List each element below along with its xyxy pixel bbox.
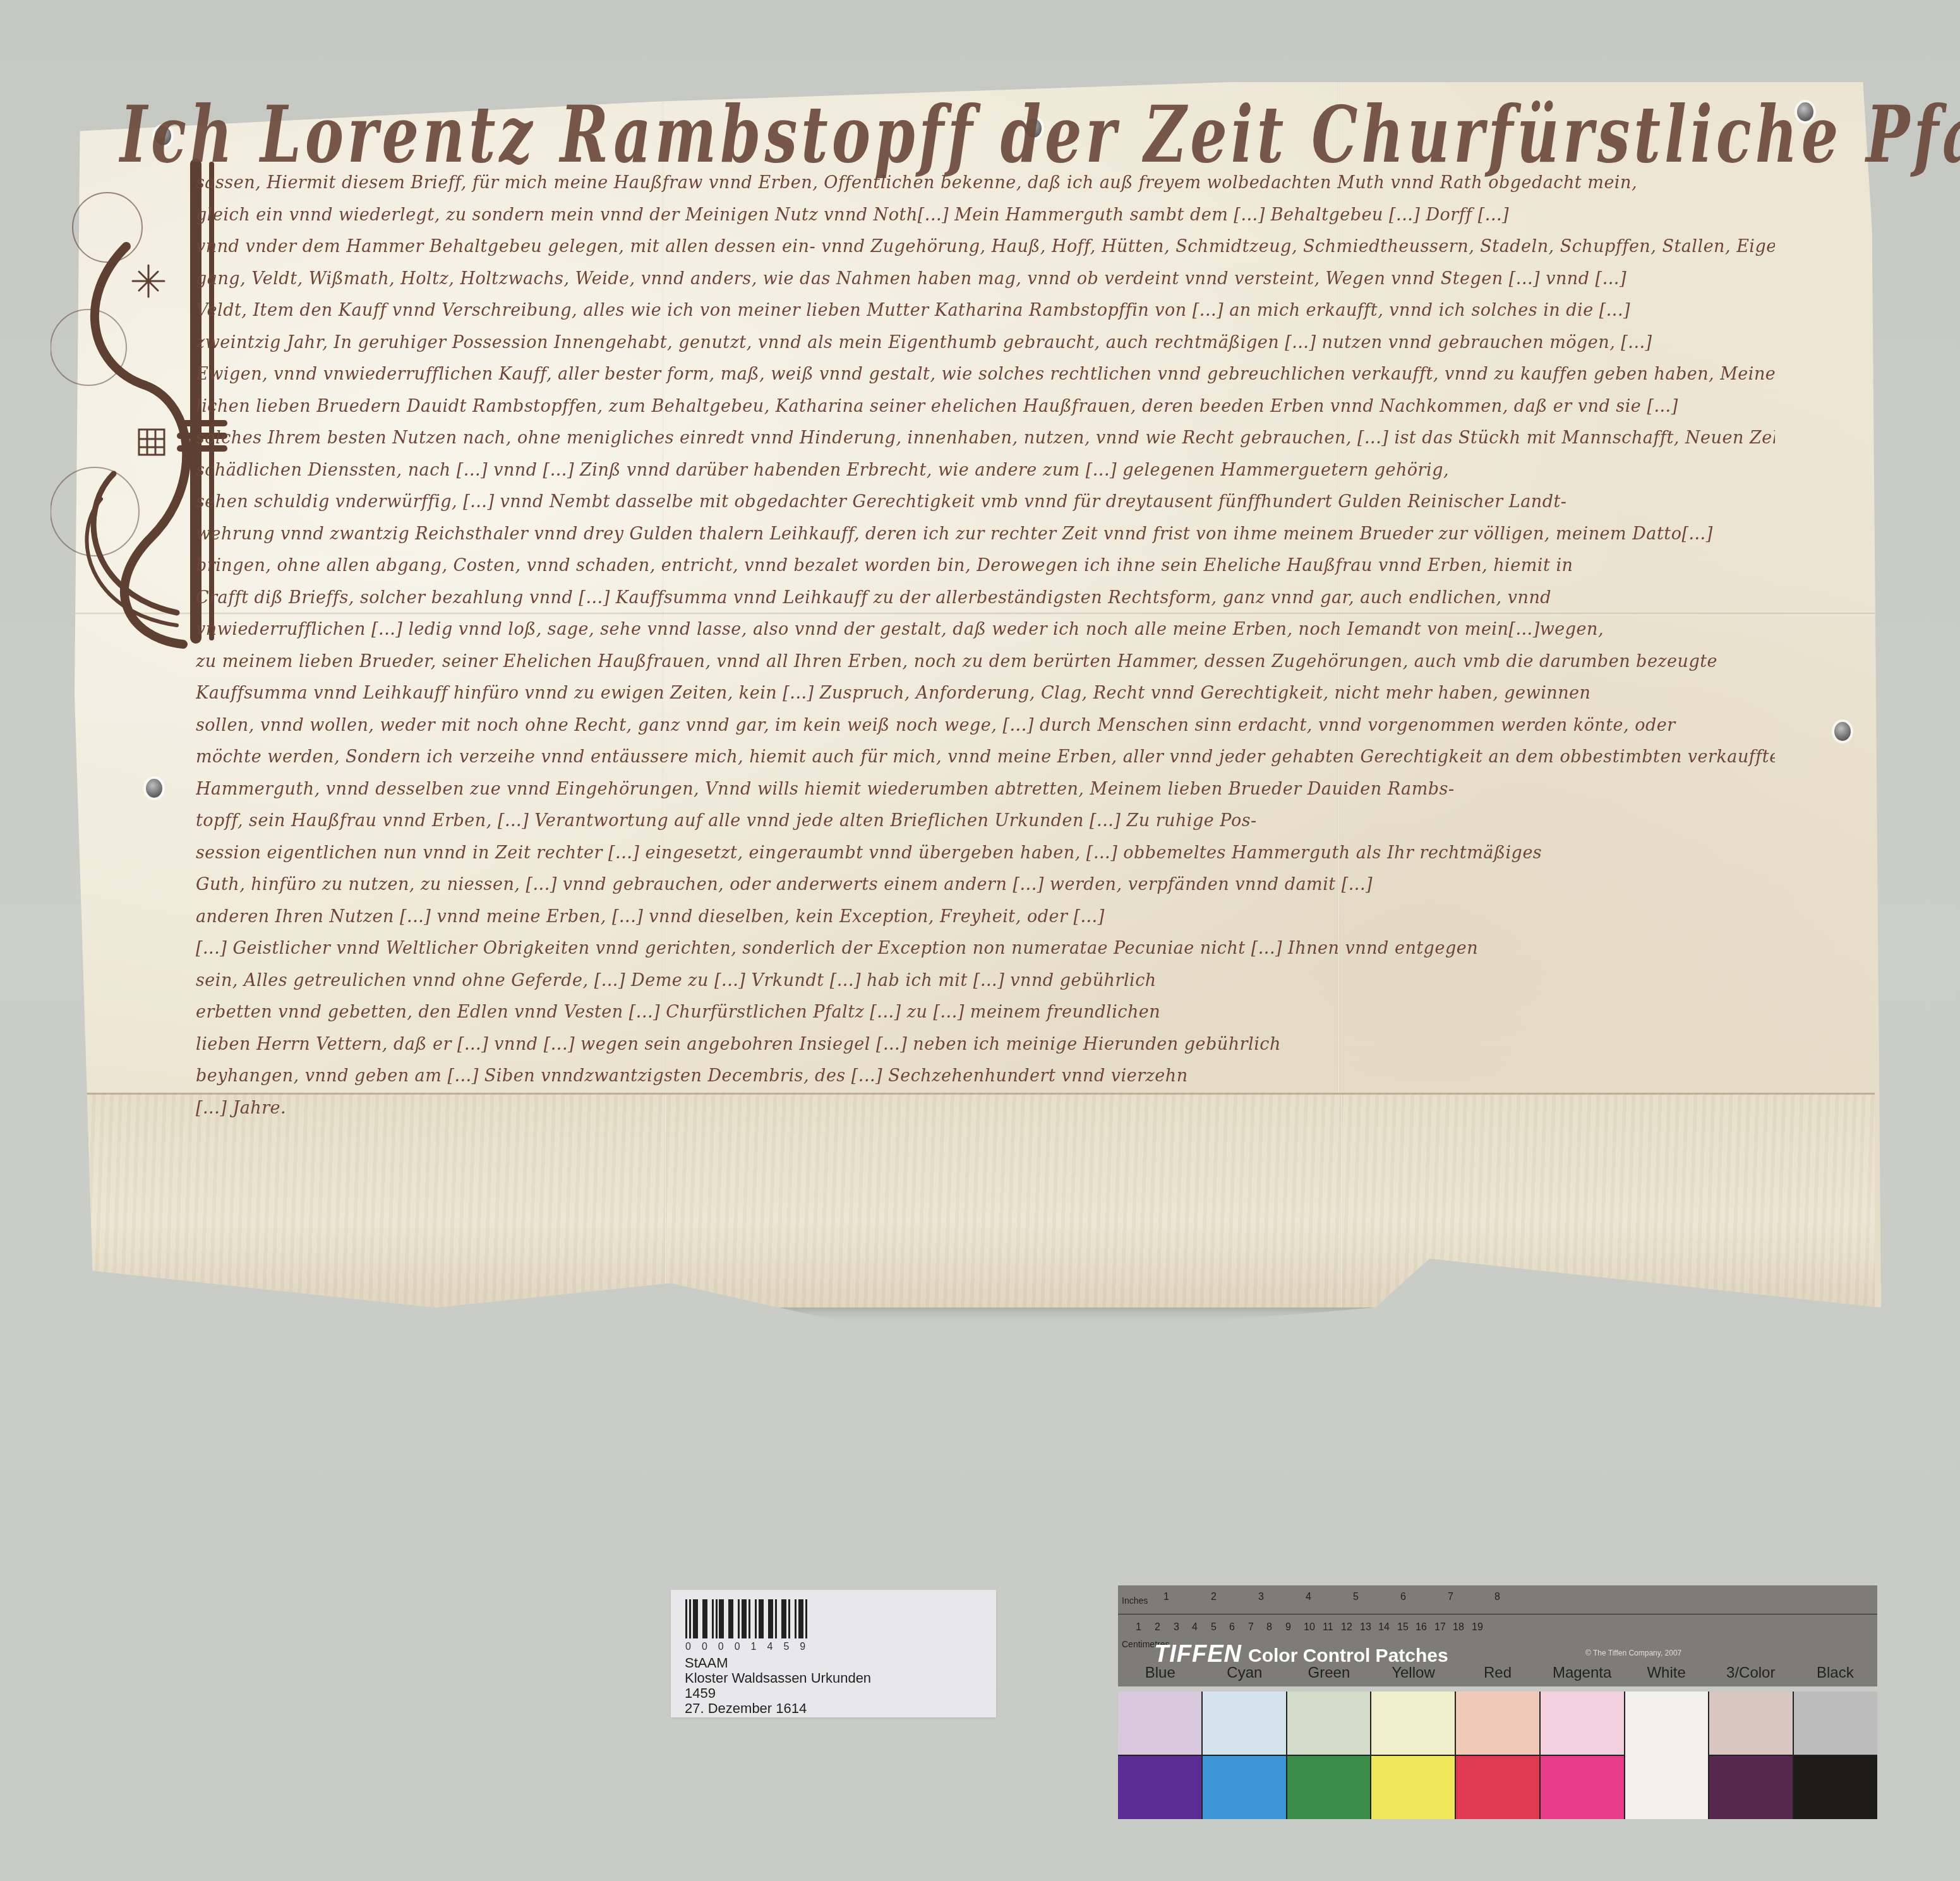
- text-line: Hammerguth, vnnd desselben zue vnnd Eing…: [196, 774, 1775, 806]
- document-heading: Ich Lorentz Rambstopff der Zeit Churfürs…: [120, 88, 1794, 181]
- fold-line: [1340, 1095, 1342, 1307]
- text-line: anderen Ihren Nutzen [...] vnnd meine Er…: [196, 901, 1775, 934]
- archive-name: StAAM: [685, 1656, 871, 1671]
- fold-line: [664, 1095, 666, 1307]
- patch-yellow: [1371, 1692, 1456, 1819]
- document-number: 1459: [685, 1686, 871, 1701]
- text-line: lieben Herrn Vettern, daß er [...] vnnd …: [196, 1029, 1775, 1061]
- text-line: Veldt, Item den Kauff vnnd Verschreibung…: [196, 295, 1775, 327]
- patch-label-magenta: Magenta: [1540, 1664, 1625, 1682]
- collection-name: Kloster Waldsassen Urkunden: [685, 1671, 871, 1686]
- text-line: topff, sein Haußfrau vnnd Erben, [...] V…: [196, 805, 1775, 838]
- text-line: vnnd vnder dem Hammer Behaltgebeu gelege…: [196, 231, 1775, 263]
- text-line: solches Ihrem besten Nutzen nach, ohne m…: [196, 423, 1775, 455]
- text-line: zu meinem lieben Brueder, seiner Ehelich…: [196, 646, 1775, 678]
- text-line: bringen, ohne allen abgang, Costen, vnnd…: [196, 550, 1775, 582]
- text-line: sehen schuldig vnderwürffig, [...] vnnd …: [196, 486, 1775, 519]
- barcode-number: 00001459: [685, 1640, 816, 1654]
- text-line: [...] Jahre.: [196, 1093, 1775, 1125]
- ruler: Inches 1 2 3 4 5 6 7 8 1 2 3 4 5 6 7 8 9…: [1118, 1585, 1877, 1686]
- patch-3color: [1709, 1692, 1794, 1819]
- plica-fold: [83, 1093, 1875, 1307]
- copyright-text: © The Tiffen Company, 2007: [1585, 1649, 1681, 1657]
- patch-cyan: [1203, 1692, 1287, 1819]
- text-line: lichen lieben Bruedern Dauidt Rambstopff…: [196, 391, 1775, 423]
- patch-label-cyan: Cyan: [1203, 1664, 1287, 1682]
- archive-label: 00001459 StAAM Kloster Waldsassen Urkund…: [671, 1590, 996, 1717]
- text-line: sassen, Hiermit diesem Brieff, für mich …: [196, 167, 1775, 200]
- patch-label-3color: 3/Color: [1709, 1664, 1793, 1682]
- text-line: wehrung vnnd zwantzig Reichsthaler vnnd …: [196, 519, 1775, 551]
- text-line: vnwiederrufflichen [...] ledig vnnd loß,…: [196, 614, 1775, 646]
- text-line: zweintzig Jahr, In geruhiger Possession …: [196, 327, 1775, 359]
- text-line: schädlichen Dienssten, nach [...] vnnd […: [196, 455, 1775, 487]
- text-line: Kauffsumma vnnd Leihkauff hinfüro vnnd z…: [196, 678, 1775, 710]
- text-line: erbetten vnnd gebetten, den Edlen vnnd V…: [196, 997, 1775, 1029]
- color-control-card: Inches 1 2 3 4 5 6 7 8 1 2 3 4 5 6 7 8 9…: [1118, 1585, 1877, 1813]
- document-body: sassen, Hiermit diesem Brieff, für mich …: [196, 167, 1775, 1124]
- inches-label: Inches: [1122, 1596, 1148, 1606]
- color-patches: [1118, 1692, 1877, 1819]
- patch-green: [1287, 1692, 1372, 1819]
- text-line: Ewigen, vnnd vnwiederrufflichen Kauff, a…: [196, 359, 1775, 391]
- patch-label-red: Red: [1455, 1664, 1540, 1682]
- patch-label-white: White: [1624, 1664, 1709, 1682]
- patch-label-blue: Blue: [1118, 1664, 1203, 1682]
- text-line: Crafft diß Brieffs, solcher bezahlung vn…: [196, 582, 1775, 615]
- text-line: möchte werden, Sondern ich verzeihe vnnd…: [196, 742, 1775, 774]
- barcode-icon: [685, 1599, 809, 1638]
- patch-black: [1794, 1692, 1877, 1819]
- patch-blue: [1118, 1692, 1203, 1819]
- document-date: 27. Dezember 1614: [685, 1701, 871, 1716]
- text-line: session eigentlichen nun vnnd in Zeit re…: [196, 838, 1775, 870]
- mounting-pin-icon: [1834, 722, 1851, 741]
- patch-magenta: [1541, 1692, 1625, 1819]
- text-line: gang, Veldt, Wißmath, Holtz, Holtzwachs,…: [196, 263, 1775, 296]
- patch-label-black: Black: [1793, 1664, 1878, 1682]
- patch-white: [1625, 1692, 1710, 1819]
- patch-red: [1456, 1692, 1541, 1819]
- text-line: beyhangen, vnnd geben am [...] Siben vnn…: [196, 1061, 1775, 1093]
- patch-label-yellow: Yellow: [1371, 1664, 1456, 1682]
- text-line: gleich ein vnnd wiederlegt, zu sondern m…: [196, 200, 1775, 232]
- patch-label-green: Green: [1287, 1664, 1371, 1682]
- text-line: [...] Geistlicher vnnd Weltlicher Obrigk…: [196, 933, 1775, 965]
- text-line: sein, Alles getreulichen vnnd ohne Gefer…: [196, 965, 1775, 997]
- text-line: sollen, vnnd wollen, weder mit noch ohne…: [196, 710, 1775, 742]
- mounting-pin-icon: [146, 779, 162, 798]
- text-line: Guth, hinfüro zu nutzen, zu niessen, [..…: [196, 869, 1775, 901]
